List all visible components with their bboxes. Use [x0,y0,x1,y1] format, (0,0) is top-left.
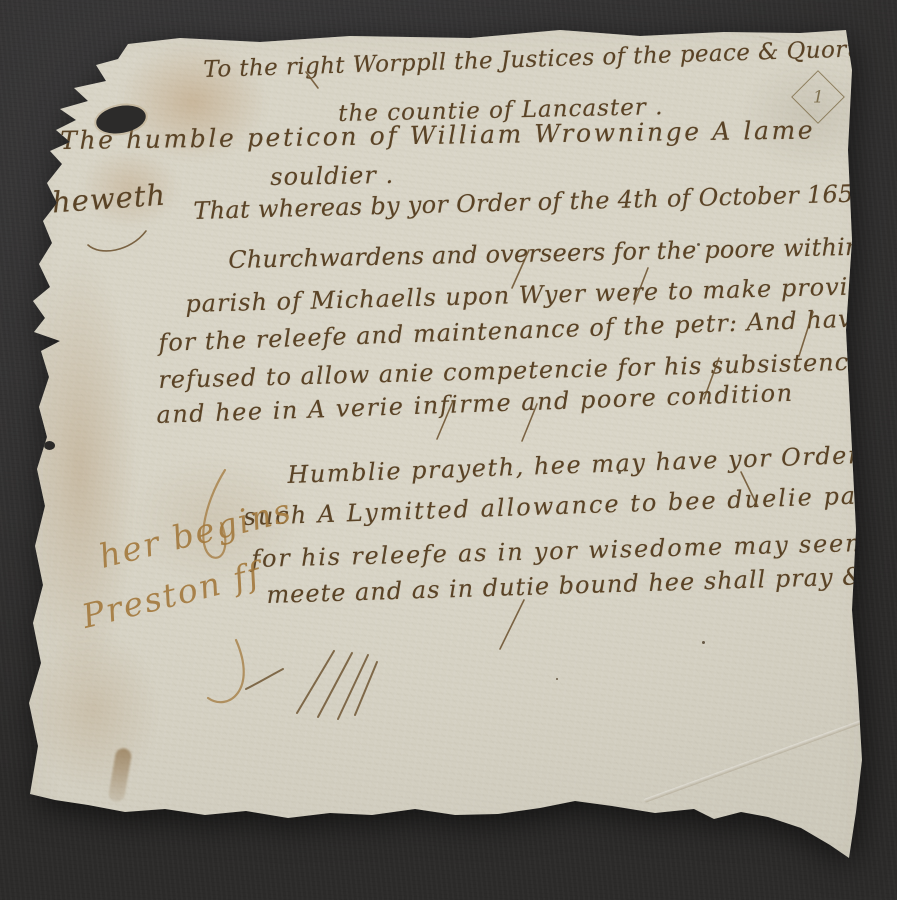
body-line: Churchwardens and overseers for the poor… [228,232,897,274]
address-line-4: souldier . [270,161,394,191]
ink-speck [556,678,558,680]
ink-speck [702,641,705,644]
worm-hole [44,441,55,450]
address-line-1: To the right Worppll the Justices of the… [203,34,897,83]
fold-crease [644,717,871,803]
ink-speck [697,243,700,246]
address-line-3: The humble peticon of William Wrowninge … [60,115,815,155]
ink-scribble [246,651,377,719]
sidehead-sheweth: Sheweth [30,178,167,221]
pen-stroke [500,600,524,649]
sheweth-flourish [88,231,146,251]
petition-paper-wrapper: To the right Worppll the Justices of the… [0,0,897,900]
folio-number: 1 [813,87,824,107]
petition-paper: To the right Worppll the Justices of the… [0,0,897,900]
photograph-backdrop: To the right Worppll the Justices of the… [0,0,897,900]
paper-stain [28,630,158,790]
ink-speck [618,471,621,474]
ink-smudge [107,747,132,803]
prayer-line: such A Lymitted allowance to bee duelie … [243,480,890,531]
prayer-line: Humblie prayeth, hee may have yor Order … [287,439,897,489]
